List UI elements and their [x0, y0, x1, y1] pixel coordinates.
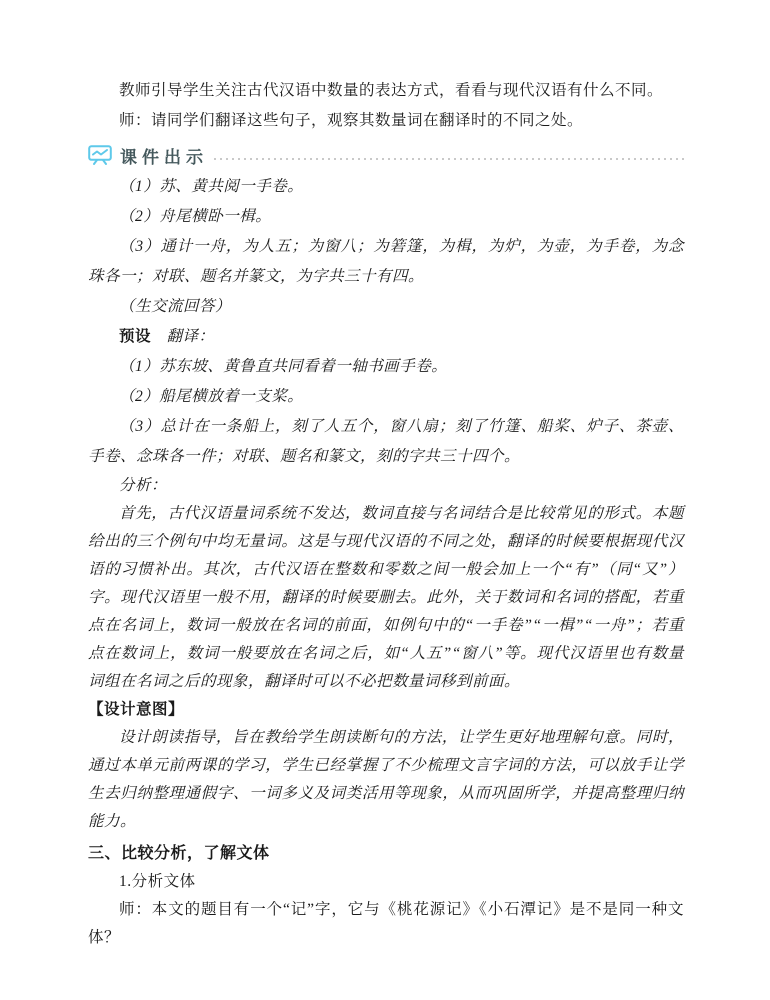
dotted-leader [214, 158, 684, 161]
preset-label: 预设 [119, 328, 151, 345]
intro-line-2: 师：请同学们翻译这些句子，观察其数量词在翻译时的不同之处。 [88, 106, 684, 136]
student-response-note: （生交流回答） [88, 292, 684, 322]
design-intent-body: 设计朗读指导，旨在教给学生朗读断句的方法，让学生更好地理解句意。同时，通过本单元… [88, 724, 684, 836]
section-subheading: 1.分析文体 [88, 868, 684, 896]
courseware-banner: 课件出示 [88, 140, 684, 170]
courseware-item: （2）舟尾横卧一楫。 [88, 202, 684, 232]
translation-item: （3）总计在一条船上，刻了人五个，窗八扇；刻了竹篷、船桨、炉子、茶壶、手卷、念珠… [88, 412, 684, 472]
section-heading: 三、比较分析，了解文体 [88, 840, 684, 868]
presentation-chart-icon [88, 145, 112, 165]
preset-sub-label: 翻译： [167, 328, 215, 345]
analysis-body: 首先，古代汉语量词系统不发达，数词直接与名词结合是比较常见的形式。本题给出的三个… [88, 500, 684, 696]
teacher-question: 师：本文的题目有一个“记”字，它与《桃花源记》《小石潭记》是不是同一种文体？ [88, 896, 684, 952]
document-page: 教师引导学生关注古代汉语中数量的表达方式，看看与现代汉语有什么不同。 师：请同学… [0, 0, 770, 1000]
courseware-item: （3）通计一舟，为人五；为窗八；为箬篷，为楫，为炉，为壶，为手卷，为念珠各一；对… [88, 232, 684, 292]
design-intent-label: 【设计意图】 [88, 696, 684, 724]
intro-line-1: 教师引导学生关注古代汉语中数量的表达方式，看看与现代汉语有什么不同。 [88, 76, 684, 106]
courseware-title: 课件出示 [120, 143, 208, 168]
preset-line: 预设翻译： [88, 322, 684, 352]
translation-item: （2）船尾横放着一支桨。 [88, 382, 684, 412]
analysis-label: 分析： [88, 472, 684, 500]
courseware-item: （1）苏、黄共阅一手卷。 [88, 172, 684, 202]
translation-item: （1）苏东坡、黄鲁直共同看着一轴书画手卷。 [88, 352, 684, 382]
